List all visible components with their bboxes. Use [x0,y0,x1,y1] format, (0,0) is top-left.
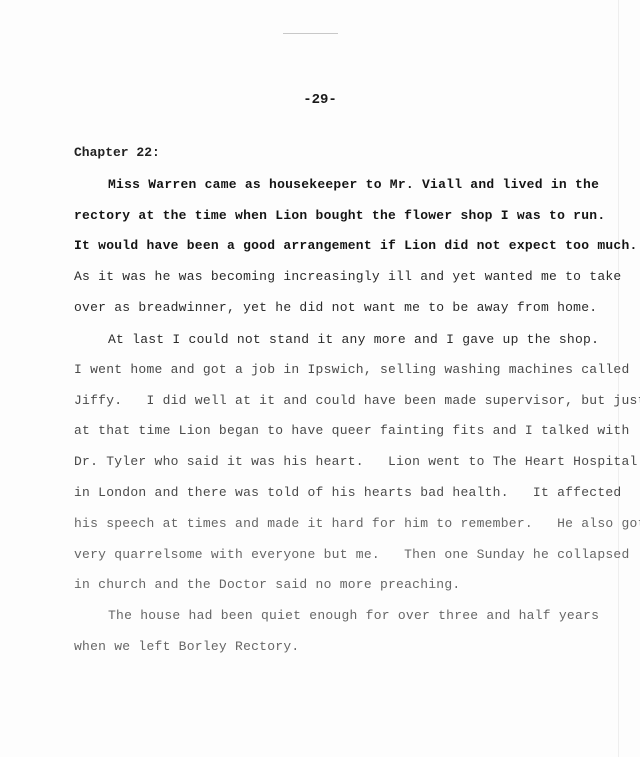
paragraph-2-line-2: I went home and got a job in Ipswich, se… [74,362,630,378]
paragraph-1-line-2: rectory at the time when Lion bought the… [74,208,605,224]
page-edge [618,0,619,757]
paragraph-2-line-1: At last I could not stand it any more an… [108,332,599,348]
paragraph-2-line-4: at that time Lion began to have queer fa… [74,423,630,439]
page-number: -29- [0,92,640,108]
typewritten-page: -29- Chapter 22: Miss Warren came as hou… [0,0,640,757]
paragraph-3-line-2: when we left Borley Rectory. [74,639,299,655]
paragraph-1-line-3: It would have been a good arrangement if… [74,238,638,254]
paragraph-2-line-7: his speech at times and made it hard for… [74,516,640,532]
paragraph-1-line-1: Miss Warren came as housekeeper to Mr. V… [108,177,599,193]
paragraph-2-line-3: Jiffy. I did well at it and could have b… [74,393,640,409]
scan-mark [283,33,338,34]
paragraph-2-line-8: very quarrelsome with everyone but me. T… [74,547,630,563]
chapter-heading: Chapter 22: [74,145,160,160]
paragraph-2-line-9: in church and the Doctor said no more pr… [74,577,460,593]
paragraph-2-line-6: in London and there was told of his hear… [74,485,622,501]
paragraph-1-line-4: As it was he was becoming increasingly i… [74,269,622,285]
paragraph-2-line-5: Dr. Tyler who said it was his heart. Lio… [74,454,638,470]
paragraph-1-line-5: over as breadwinner, yet he did not want… [74,300,597,316]
paragraph-3-line-1: The house had been quiet enough for over… [108,608,599,624]
